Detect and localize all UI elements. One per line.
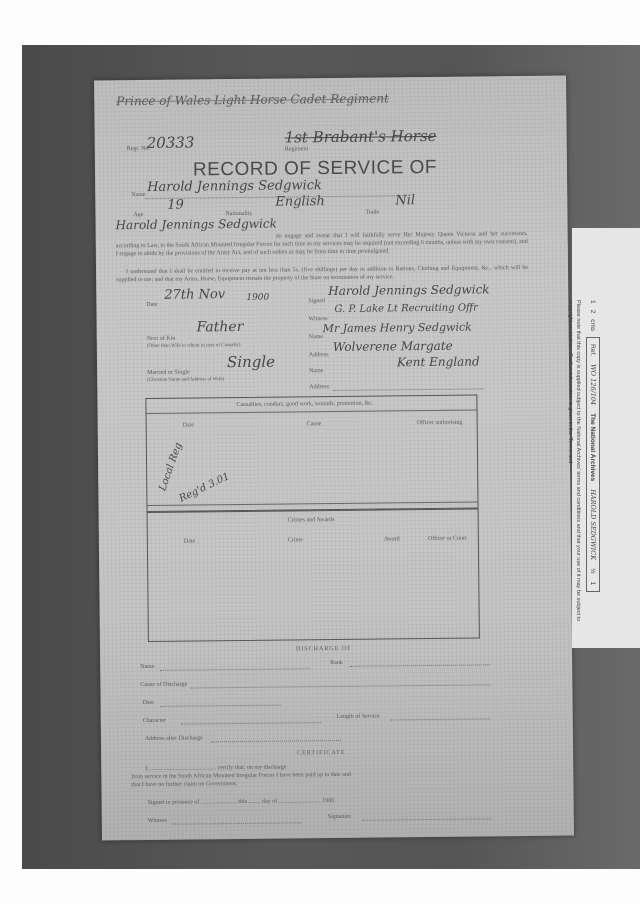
certificate-line-1: I, .....................................… — [145, 765, 286, 772]
discharge-cause-label: Cause of Discharge — [140, 682, 187, 688]
copyright-notice: Please note that this copy is supplied s… — [566, 300, 582, 630]
certificate-signature-label: Signature — [328, 814, 351, 820]
married-note: (Christian Name and Address of Wife) — [147, 377, 224, 383]
year-value: 1900 — [246, 293, 269, 303]
archive-reference-rotated: 1 2 cms Ref. WO 126/104 The National Arc… — [566, 300, 600, 630]
age-value: 19 — [167, 198, 184, 213]
discharge-address-label: Address after Discharge — [145, 735, 203, 742]
conduct-heading: Casualties, conduct, good work, wounds, … — [236, 401, 373, 408]
crimes-col-officer: Officer or Court — [428, 536, 467, 542]
record-of-service-form: Prince of Wales Light Horse Cadet Regime… — [94, 76, 574, 841]
scale-cms: cms — [590, 319, 597, 331]
discharge-date-label: Date — [143, 700, 154, 706]
scale-2: 2 — [590, 310, 597, 314]
conduct-col-cause: Cause — [307, 421, 322, 427]
date-label: Date — [146, 302, 157, 308]
trade-value: Nil — [395, 193, 415, 208]
married-value: Single — [227, 353, 275, 372]
next-of-kin-note: (Other than Wife to whom in case of Casu… — [147, 343, 241, 349]
pay-text: I understand that I shall be entitled to… — [116, 264, 528, 284]
signed-value: Harold Jennings Sedgwick — [328, 282, 489, 298]
ref-value: WO 126/104 — [589, 364, 597, 405]
scale-one: 1 — [590, 582, 597, 586]
next-of-kin-value: Father — [197, 319, 244, 335]
regiment-value: 1st Brabant's Horse — [285, 127, 437, 147]
nationality-value: English — [275, 194, 325, 210]
witness-value: G. P. Lake Lt Recruiting Offr — [334, 302, 478, 315]
oath-name: Harold Jennings Sedgwick — [115, 217, 276, 233]
crimes-col-award: Award — [384, 536, 400, 542]
crimes-col-date: Date — [184, 538, 195, 544]
archive-name: The National Archives — [590, 413, 597, 481]
next-of-kin-label: Next of Kin — [147, 336, 176, 342]
conduct-table: Casualties, conduct, good work, wounds, … — [145, 394, 478, 511]
record-name: HAROLD SEDGWICK — [589, 489, 597, 560]
regt-no-value: 20333 — [147, 133, 195, 151]
wife-address-label: Address — [309, 384, 329, 390]
ref-label: Ref. — [590, 344, 597, 356]
discharge-heading: DISCHARGE OF — [296, 646, 352, 653]
reference-box: Ref. WO 126/104 The National Archives HA… — [586, 337, 600, 592]
certificate-line-2: from service in the South African Mounte… — [131, 772, 351, 780]
certificate-line-3: that I have no further claim on Governme… — [131, 781, 237, 788]
certificate-heading: CERTIFICATE — [297, 750, 345, 757]
regiment-label: Regiment — [285, 146, 308, 152]
kin-address-label: Address — [309, 352, 329, 358]
married-label: Married or Single — [147, 370, 190, 376]
regiment-header: Prince of Wales Light Horse Cadet Regime… — [116, 91, 389, 108]
date-value: 27th Nov — [164, 287, 225, 303]
conduct-col-officer: Officer authorising — [417, 420, 463, 426]
crimes-heading: Crimes and Awards — [288, 517, 335, 523]
wife-name-value: Kent England — [397, 354, 480, 369]
oath-text: do engage and swear that I will faithful… — [116, 230, 528, 258]
crimes-col-crime: Crime — [288, 537, 303, 543]
discharge-rank-label: Rank — [330, 660, 343, 666]
conduct-col-date: Date — [183, 422, 194, 428]
name-label: Name — [131, 192, 145, 198]
crimes-table: Crimes and Awards Date Crime Award Offic… — [147, 508, 480, 641]
discharge-length-label: Length of Service — [337, 714, 380, 720]
kin-name-value: Mr James Henry Sedgwick — [323, 321, 472, 336]
scale-half: ½ — [590, 568, 597, 573]
discharge-character-label: Character — [143, 718, 166, 724]
certificate-witness-label: Witness — [148, 818, 167, 824]
conduct-note-2: Reg'd 3.01 — [178, 471, 232, 504]
kin-address-value: Wolverene Margate — [333, 339, 453, 354]
name-value: Harold Jennings Sedgwick — [147, 178, 322, 195]
certificate-signed: Signed in presence of ..................… — [148, 798, 335, 806]
signed-label: Signed — [308, 298, 325, 304]
scale-1: 1 — [590, 300, 597, 304]
trade-label: Trade — [365, 210, 379, 216]
discharge-name-label: Name — [140, 664, 154, 670]
conduct-note-1: Local Reg — [157, 441, 184, 492]
kin-name-label: Name — [309, 334, 323, 340]
wife-name-label: Name — [309, 368, 323, 374]
